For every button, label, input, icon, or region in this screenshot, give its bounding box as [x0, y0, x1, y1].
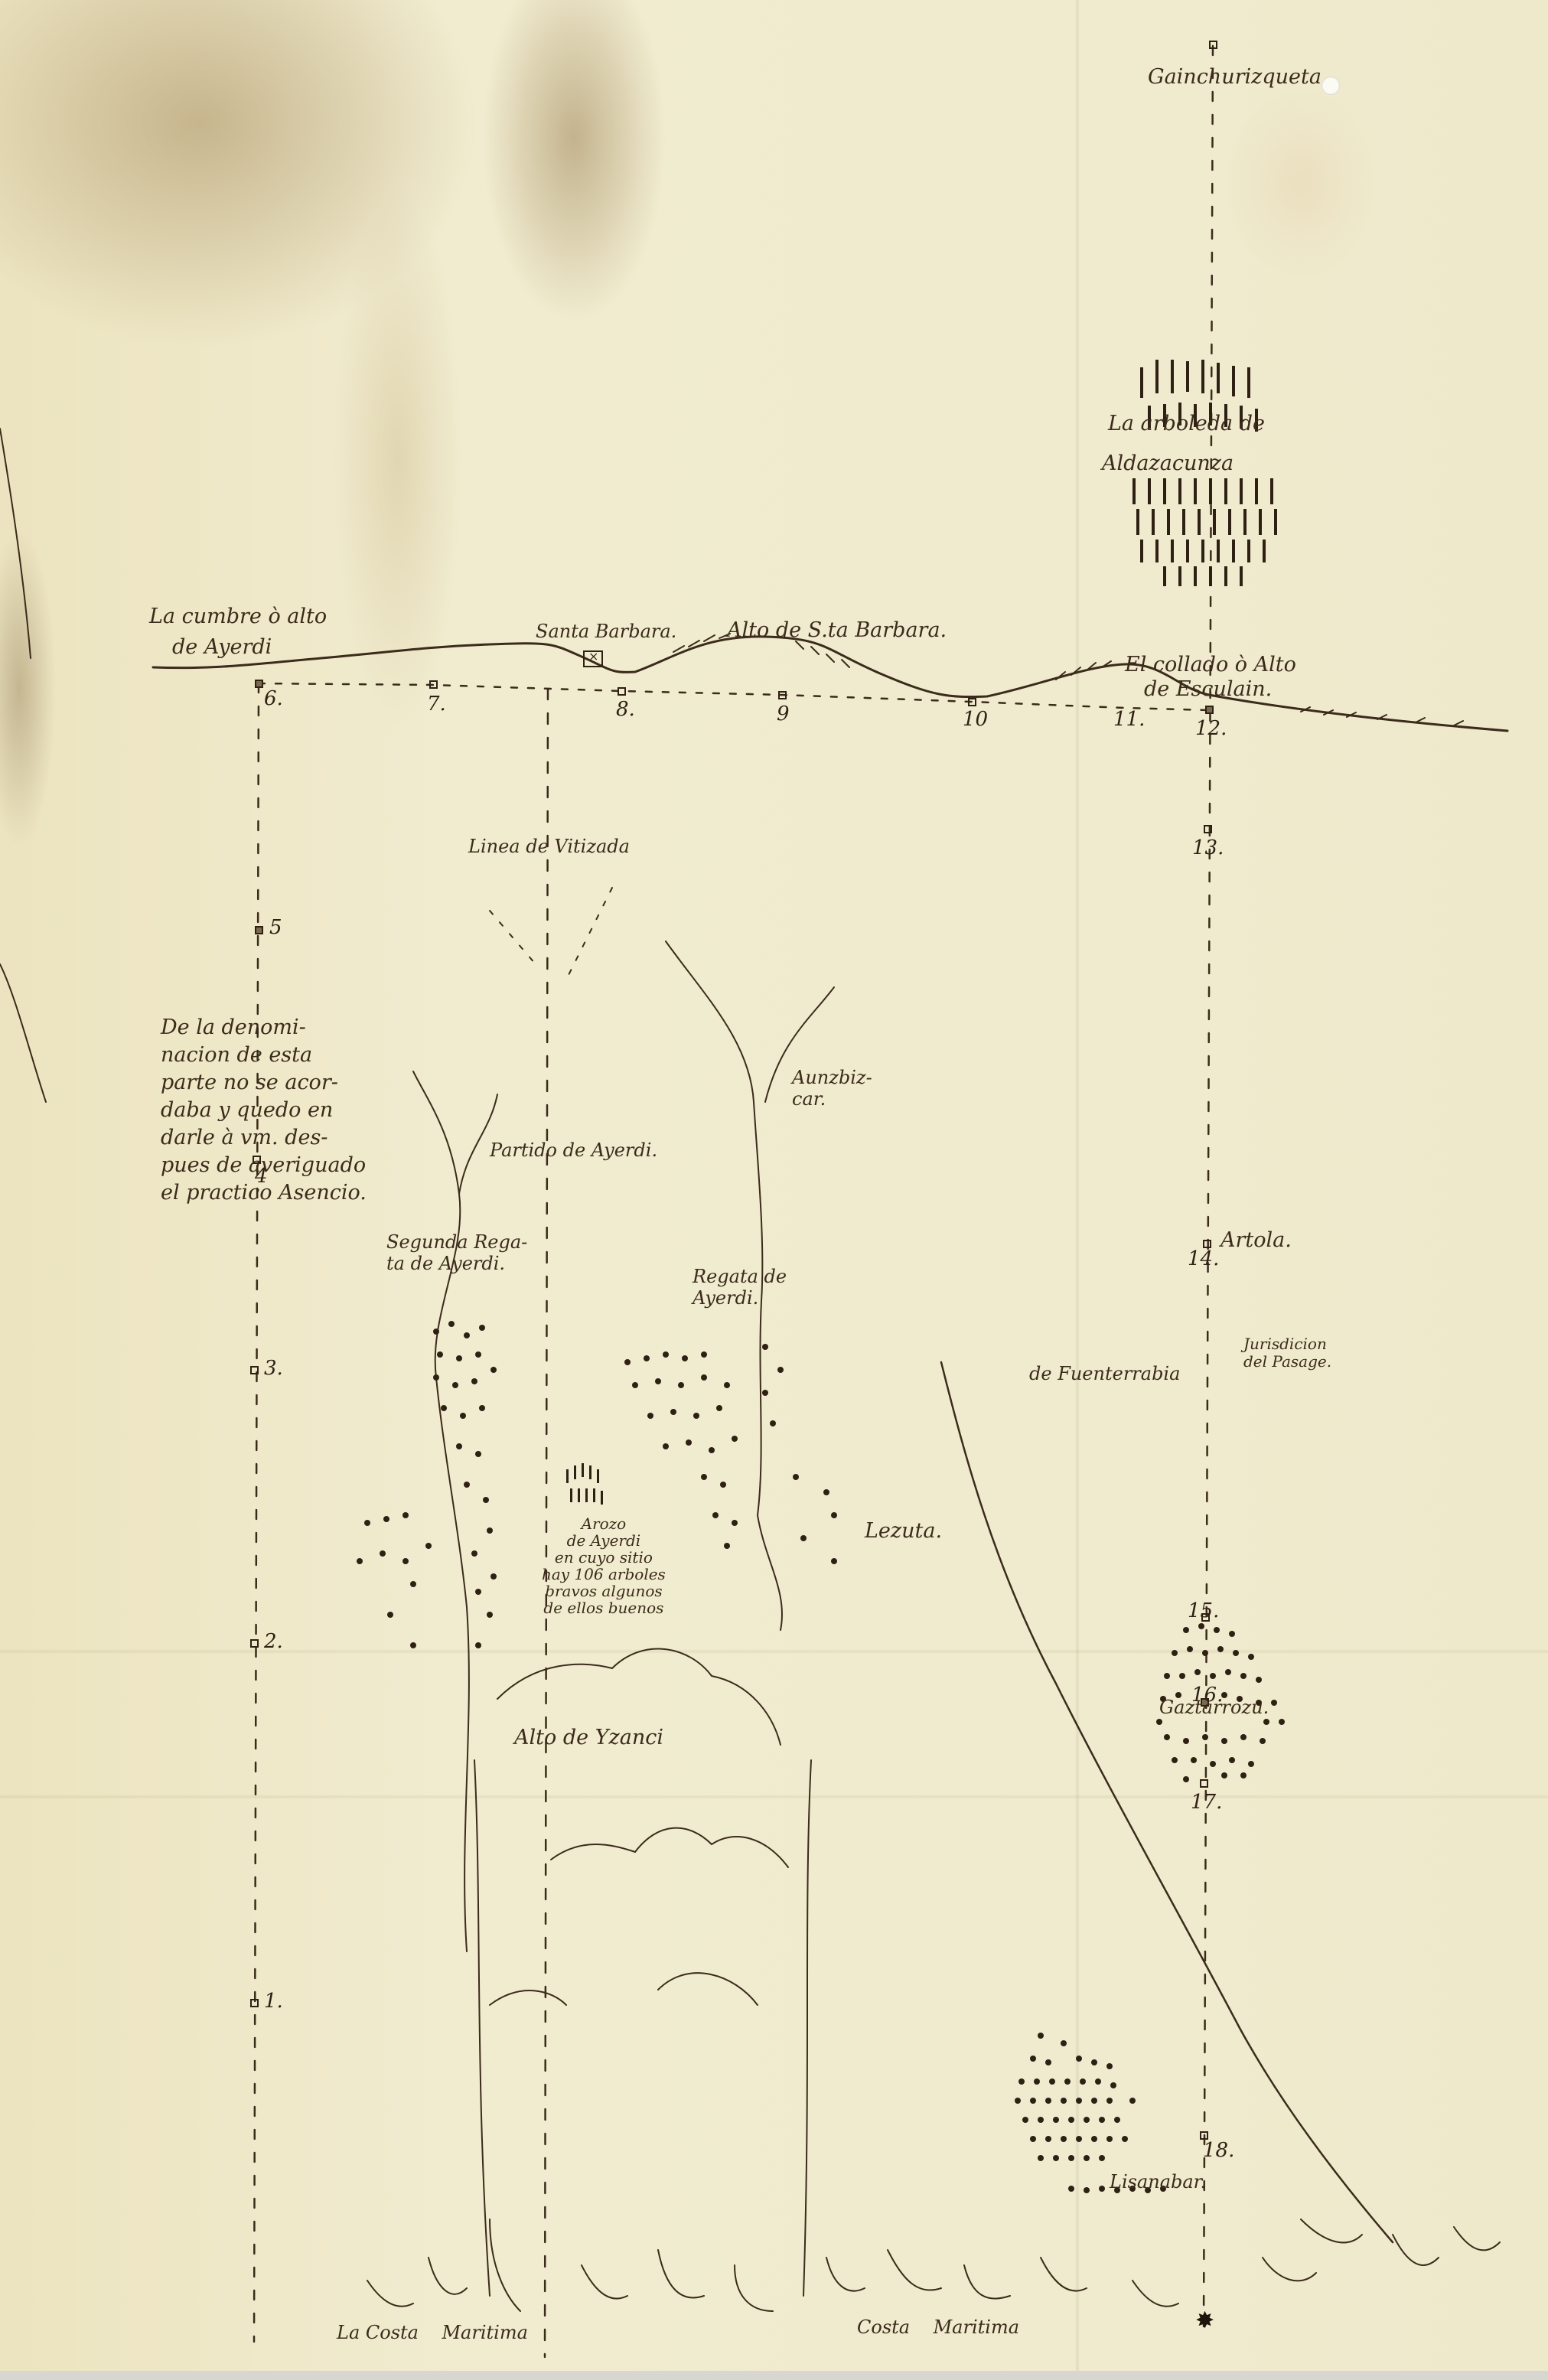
station-number: 12.	[1195, 717, 1227, 740]
station-number: 2.	[264, 1630, 283, 1653]
station-marker-3	[250, 1366, 259, 1374]
label-regata-ayerdi: Regata de Ayerdi.	[693, 1267, 787, 1309]
label-cumbre-line1: La cumbre ò alto	[149, 605, 327, 628]
label-lisanabar: Lisanabar.	[1110, 2172, 1206, 2193]
ridge-hatching	[673, 634, 1463, 725]
label-arozo-ayerdi: Arozo de Ayerdi en cuyo sitio hay 106 ar…	[542, 1515, 666, 1616]
star-marker-icon: ✸	[1195, 2310, 1214, 2333]
label-jurisdicion-pasage: Jurisdicion del Pasage.	[1243, 1335, 1331, 1371]
label-arboleda-line1: La arboleda de	[1108, 412, 1265, 435]
station-number: 3.	[264, 1357, 283, 1380]
survey-line-horizontal	[259, 683, 1209, 710]
ridge-line	[153, 637, 1507, 731]
station-marker-1	[250, 1999, 259, 2007]
station-number: 1.	[264, 1990, 283, 2013]
manuscript-map: ✸ 1. 2. 3. 4 5 6. 7. 8. 9 10 11. 12. 13.…	[0, 0, 1548, 2380]
label-la-costa-maritima: La Costa Maritima	[337, 2323, 528, 2344]
label-costa-maritima: Costa Maritima	[857, 2317, 1019, 2339]
label-santa-barbara: Santa Barbara.	[536, 621, 676, 643]
station-number: 11.	[1113, 708, 1145, 731]
scan-edge	[0, 2371, 1548, 2380]
station-marker-7	[429, 680, 438, 689]
hill-yzanci-2	[551, 1828, 788, 1867]
station-marker-10	[968, 698, 976, 706]
station-marker-13	[1204, 825, 1212, 833]
station-number: 10	[963, 708, 988, 731]
station-number: 5	[269, 916, 282, 939]
station-number: 9	[777, 703, 790, 725]
label-collado-line1: El collado ò Alto	[1125, 653, 1296, 677]
coast-scribbles	[367, 2219, 1500, 2311]
stream-fuenterrabia	[941, 1362, 1393, 2242]
label-cumbre-line2: de Ayerdi	[172, 635, 272, 659]
station-number: 8.	[616, 698, 635, 721]
label-arboleda-line2: Aldazacunza	[1102, 452, 1234, 475]
label-fuenterrabia: de Fuenterrabia	[1029, 1364, 1180, 1385]
label-segunda-regata: Segunda Rega- ta de Ayerdi.	[386, 1232, 527, 1274]
station-marker-17	[1200, 1779, 1208, 1788]
stream-segunda-regata	[413, 1071, 469, 1951]
station-number: 14.	[1188, 1247, 1219, 1270]
label-linea-vitizada: Linea de Vitizada	[468, 836, 630, 858]
note-denominacion: De la denomi- nacion de esta parte no se…	[161, 1014, 367, 1207]
trees-lisanabar	[1015, 2033, 1166, 2193]
label-gaztarrozu: Gaztarrozu.	[1159, 1697, 1269, 1719]
pin-hole	[1322, 77, 1340, 95]
trees-arozo-ayerdi	[566, 1463, 603, 1505]
station-marker-2	[250, 1639, 259, 1648]
trees-segunda-regata	[357, 1321, 497, 1648]
station-marker-top	[1209, 41, 1217, 49]
label-collado-line2: de Esculain.	[1144, 677, 1272, 701]
station-marker-9	[778, 691, 787, 699]
station-marker-6	[255, 680, 263, 688]
hill-yzanci-3	[490, 1973, 758, 2005]
chapel-santa-barbara-icon	[583, 650, 603, 667]
station-number: 13.	[1192, 836, 1224, 859]
station-number: 7.	[427, 693, 446, 716]
label-alto-yzanci: Alto de Yzanci	[514, 1726, 663, 1749]
label-lezuta: Lezuta.	[865, 1519, 942, 1543]
station-marker-8	[618, 687, 626, 696]
margin-sketch	[0, 429, 46, 1102]
station-marker-5	[255, 926, 263, 934]
vitizada-rays	[490, 888, 612, 980]
station-number: 18.	[1203, 2139, 1234, 2162]
station-number: 6.	[264, 687, 283, 710]
label-aunzbizcar: Aunzbiz- car.	[792, 1068, 872, 1110]
label-alto-santa-barbara: Alto de S.ta Barbara.	[727, 618, 947, 642]
label-partido-ayerdi: Partido de Ayerdi.	[490, 1140, 657, 1162]
label-gainchurizqueta: Gainchurizqueta.	[1148, 65, 1328, 89]
station-number: 15.	[1188, 1599, 1219, 1622]
station-marker-12	[1205, 706, 1214, 714]
survey-line-right	[1204, 46, 1213, 2326]
station-number: 17.	[1191, 1791, 1222, 1814]
label-artola: Artola.	[1220, 1228, 1292, 1252]
coast-edges	[474, 1760, 811, 2296]
